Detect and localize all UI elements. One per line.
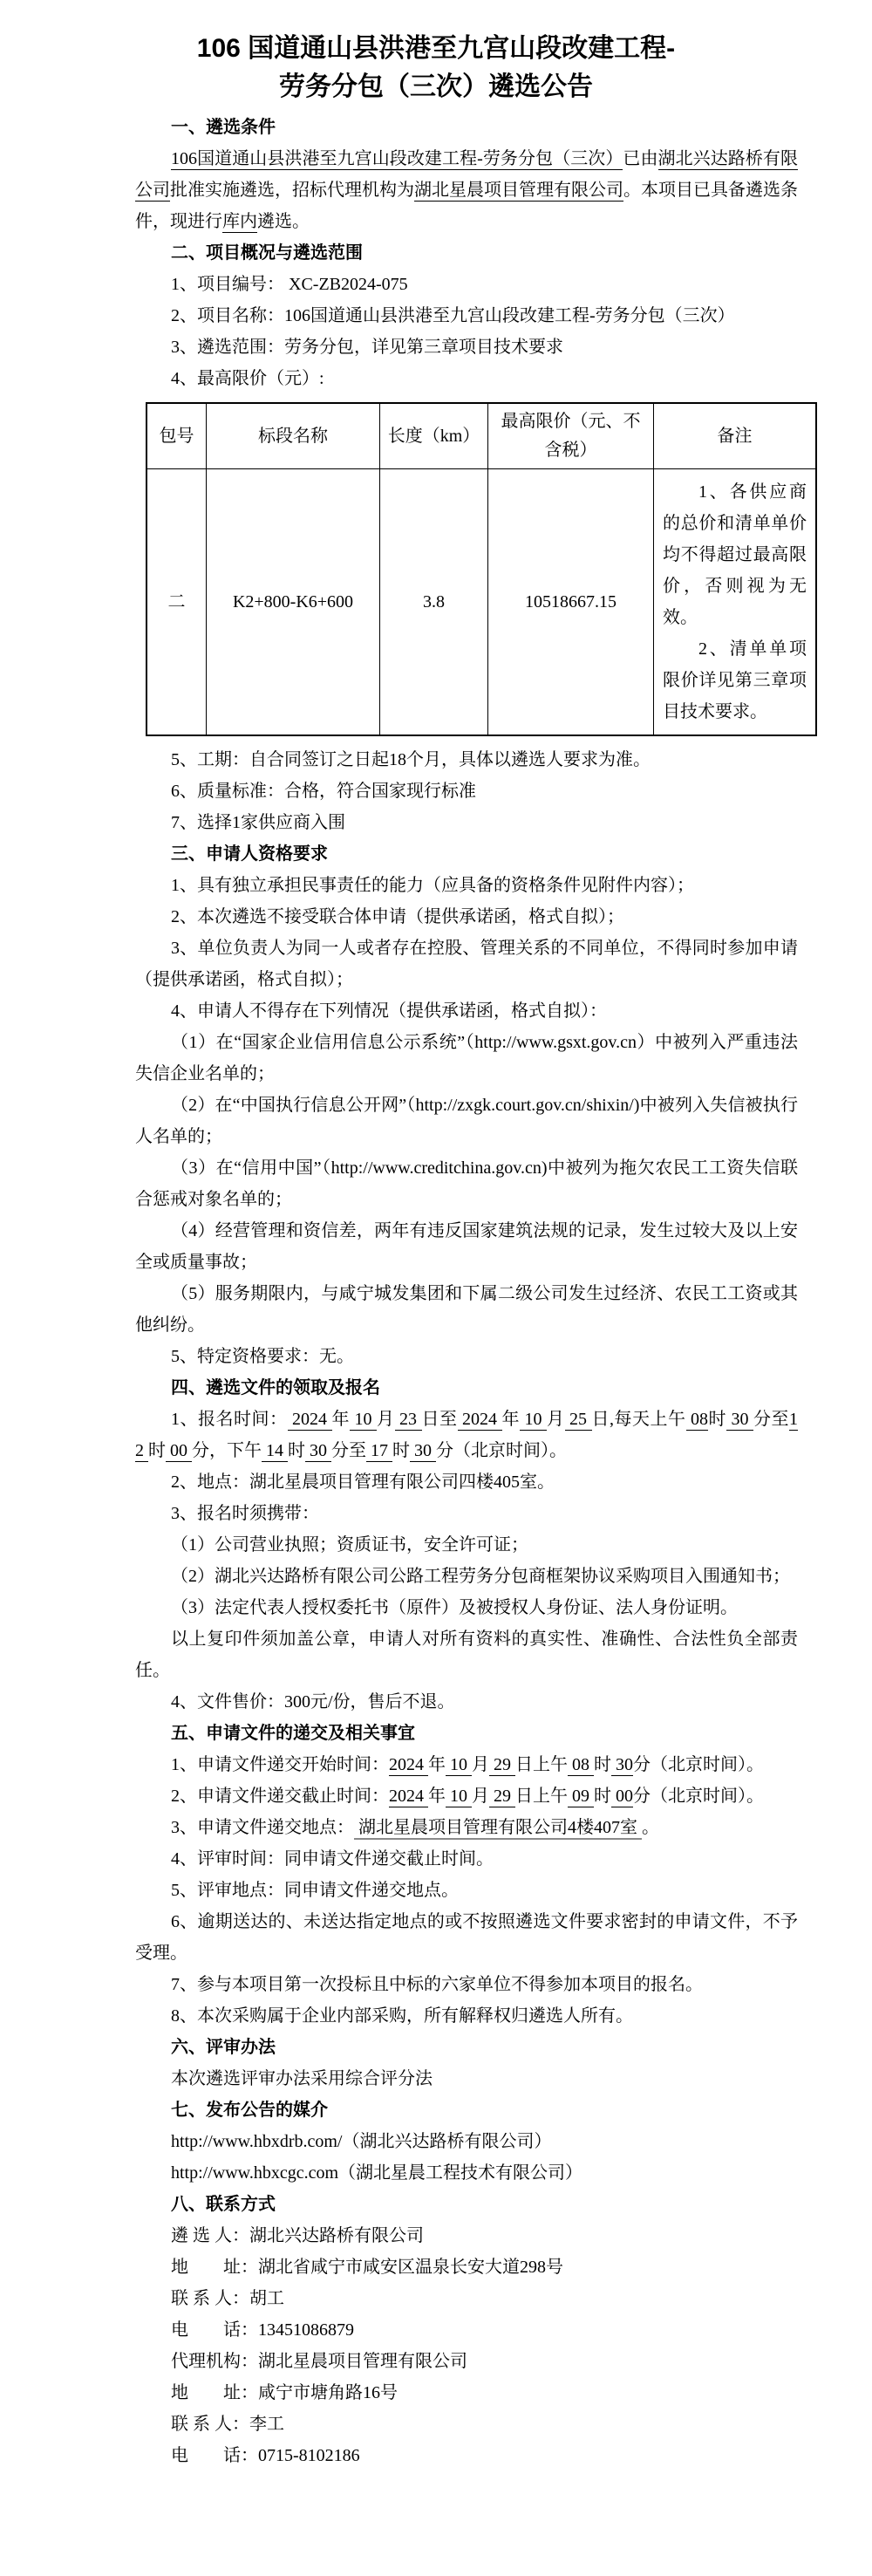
text-run: 3、遴选范围：劳务分包，详见第三章项目技术要求 xyxy=(171,338,563,357)
text-run: （3）法定代表人授权委托书（原件）及被授权人身份证、法人身份证明。 xyxy=(171,1598,738,1617)
text-run: 以上复印件须加盖公章，申请人对所有资料的真实性、准确性、合法性负全部责任。 xyxy=(135,1630,798,1680)
max-price-table: 包号标段名称长度（km）最高限价（元、不含税）备注二K2+800-K6+6003… xyxy=(146,402,817,736)
underlined-text: 30 xyxy=(305,1441,331,1462)
text-run: （4）经营管理和资信差，两年有违反国家建筑法规的记录，发生过较大及以上安全或质量… xyxy=(135,1221,798,1272)
text-run: 二、项目概况与遴选范围 xyxy=(171,243,363,263)
text-run: 分（北京时间）。 xyxy=(633,1755,764,1774)
text-run: 8、本次采购属于企业内部采购，所有解释权归遴选人所有。 xyxy=(171,2006,633,2026)
section-6-heading: 六、评审办法 xyxy=(135,2032,798,2063)
text-run: 联 系 人：李工 xyxy=(171,2415,284,2434)
text-run: 2、申请文件递交截止时间： xyxy=(171,1787,389,1806)
text-run: 时 xyxy=(392,1441,410,1460)
text-run: 6、质量标准：合格，符合国家现行标准 xyxy=(171,782,476,801)
text-run: 分，下午 xyxy=(192,1441,262,1460)
text-run: 1、报名时间： xyxy=(171,1410,288,1429)
text-run: http://www.hbxcgc.com（湖北星晨工程技术有限公司） xyxy=(171,2163,582,2183)
selection-scope: 3、遴选范围：劳务分包，详见第三章项目技术要求 xyxy=(135,331,798,363)
document-page: 106 国道通山县洪港至九宫山段改建工程-劳务分包（三次）遴选公告 一、遴选条件… xyxy=(0,30,872,2471)
bring-item-2: （2）湖北兴达路桥有限公司公路工程劳务分包商框架协议采购项目入围通知书； xyxy=(135,1561,798,1592)
text-run: 年 xyxy=(428,1755,446,1774)
text-run: （2）在“中国执行信息公开网”（http://zxgk.court.gov.cn… xyxy=(135,1096,798,1146)
contact-agency-phone: 电 话：0715-8102186 xyxy=(135,2440,798,2471)
text-run: （5）服务期限内，与咸宁城发集团和下属二级公司发生过经济、农民工工资或其他纠纷。 xyxy=(135,1284,798,1335)
table-header-cell: 长度（km） xyxy=(380,403,488,469)
text-run: 时 xyxy=(288,1441,305,1460)
text-run: 电 话：0715-8102186 xyxy=(171,2446,360,2465)
text-run: 1、申请文件递交开始时间： xyxy=(171,1755,389,1774)
table-cell-section-name: K2+800-K6+600 xyxy=(207,469,380,736)
underlined-text: 2024 xyxy=(389,1787,428,1807)
section-4-heading: 四、遴选文件的领取及报名 xyxy=(135,1372,798,1404)
table-header-cell: 包号 xyxy=(146,403,207,469)
text-run: 时 xyxy=(594,1787,611,1806)
text-run: 5、评审地点：同申请文件递交地点。 xyxy=(171,1881,459,1900)
text-run: 八、联系方式 xyxy=(171,2195,276,2214)
text-run: 日上午 xyxy=(515,1787,568,1806)
contact-agency-name: 代理机构：湖北星晨项目管理有限公司 xyxy=(135,2346,798,2377)
text-run: 五、申请文件的递交及相关事宜 xyxy=(171,1724,415,1743)
text-run: 3、单位负责人为同一人或者存在控股、管理关系的不同单位，不得同时参加申请（提供承… xyxy=(135,939,798,989)
project-number: 1、项目编号： XC-ZB2024-075 xyxy=(135,269,798,300)
text-run: 地 址：咸宁市塘角路16号 xyxy=(171,2383,398,2402)
text-run: 月 xyxy=(547,1410,565,1429)
text-run: 年 xyxy=(502,1410,521,1429)
text-run: 年 xyxy=(332,1410,351,1429)
text-run: 时 xyxy=(708,1410,726,1429)
underlined-text: 2024 xyxy=(288,1410,332,1431)
text-run: 3、申请文件递交地点： xyxy=(171,1818,354,1837)
registration-place: 2、地点：湖北星晨项目管理有限公司四楼405室。 xyxy=(135,1466,798,1498)
text-run: 四、遴选文件的领取及报名 xyxy=(171,1378,380,1397)
text-run: （2）湖北兴达路桥有限公司公路工程劳务分包商框架协议采购项目入围通知书； xyxy=(171,1567,790,1586)
underlined-text: 29 xyxy=(489,1755,515,1776)
underlined-text: 湖北星晨项目管理有限公司 xyxy=(414,181,623,202)
table-header-cell: 备注 xyxy=(654,403,817,469)
underlined-text: 09 xyxy=(568,1787,594,1807)
text-run: 三、申请人资格要求 xyxy=(171,844,328,864)
text-run: 2、本次遴选不接受联合体申请（提供承诺函，格式自拟）； xyxy=(171,907,624,926)
registration-time: 1、报名时间： 2024 年 10 月 23 日至 2024 年 10 月 25… xyxy=(135,1404,798,1466)
contact-agency-address: 地 址：咸宁市塘角路16号 xyxy=(135,2377,798,2409)
underlined-text: 08 xyxy=(686,1410,709,1431)
bring-item-1: （1）公司营业执照；资质证书，安全许可证； xyxy=(135,1529,798,1561)
text-run: http://www.hbxdrb.com/（湖北兴达路桥有限公司） xyxy=(171,2132,551,2151)
prohibited-case-2: （2）在“中国执行信息公开网”（http://zxgk.court.gov.cn… xyxy=(135,1090,798,1152)
underlined-text: 10 xyxy=(520,1410,547,1431)
section-2-heading: 二、项目概况与遴选范围 xyxy=(135,237,798,269)
underlined-text: 14 xyxy=(262,1441,288,1462)
text-run: 代理机构：湖北星晨项目管理有限公司 xyxy=(171,2352,467,2371)
underlined-text: 30 xyxy=(410,1441,436,1462)
text-run: 日,每天上午 xyxy=(592,1410,686,1429)
contact-selector-person: 联 系 人：胡工 xyxy=(135,2283,798,2314)
text-run: 分（北京时间）。 xyxy=(436,1441,567,1460)
text-run: 时 xyxy=(594,1755,611,1774)
underlined-text: 00 xyxy=(166,1441,192,1462)
underlined-text: 2024 xyxy=(389,1755,428,1776)
text-run: （1）公司营业执照；资质证书，安全许可证； xyxy=(171,1535,528,1554)
text-run: 4、评审时间：同申请文件递交截止时间。 xyxy=(171,1849,494,1869)
section-1-heading: 一、遴选条件 xyxy=(135,112,798,143)
review-place: 5、评审地点：同申请文件递交地点。 xyxy=(135,1875,798,1906)
prohibited-case-3: （3）在“信用中国”（http://www.creditchina.gov.cn… xyxy=(135,1152,798,1215)
text-run: 电 话：13451086879 xyxy=(171,2320,354,2340)
contact-selector-phone: 电 话：13451086879 xyxy=(135,2314,798,2346)
text-run: 日上午 xyxy=(515,1755,568,1774)
contact-selector-address: 地 址：湖北省咸宁市咸安区温泉长安大道298号 xyxy=(135,2251,798,2283)
qualification-item-2: 2、本次遴选不接受联合体申请（提供承诺函，格式自拟）； xyxy=(135,901,798,933)
section-3-heading: 三、申请人资格要求 xyxy=(135,838,798,870)
document-body: 一、遴选条件106国道通山县洪港至九宫山段改建工程-劳务分包（三次）已由湖北兴达… xyxy=(0,112,872,2471)
first-bid-winner-rule: 7、参与本项目第一次投标且中标的六家单位不得参加本项目的报名。 xyxy=(135,1969,798,2000)
text-run: 遴 选 人：湖北兴达路桥有限公司 xyxy=(171,2226,424,2245)
text-run: 分至 xyxy=(753,1410,789,1429)
text-run: 地 址：湖北省咸宁市咸安区温泉长安大道298号 xyxy=(171,2258,563,2277)
text-run: 分至 xyxy=(331,1441,366,1460)
underlined-text: 29 xyxy=(489,1787,515,1807)
text-run: 日至 xyxy=(422,1410,458,1429)
media-url-1: http://www.hbxdrb.com/（湖北兴达路桥有限公司） xyxy=(135,2126,798,2157)
text-run: 本次遴选评审办法采用综合评分法 xyxy=(171,2069,433,2088)
contact-selector-name: 遴 选 人：湖北兴达路桥有限公司 xyxy=(135,2220,798,2251)
underlined-text: 10 xyxy=(350,1410,377,1431)
quality-standard: 6、质量标准：合格，符合国家现行标准 xyxy=(135,776,798,807)
underlined-text: 106国道通山县洪港至九宫山段改建工程-劳务分包（三次） xyxy=(171,149,623,170)
qualification-item-3: 3、单位负责人为同一人或者存在控股、管理关系的不同单位，不得同时参加申请（提供承… xyxy=(135,933,798,995)
underlined-text: 08 xyxy=(568,1755,594,1776)
underlined-text: 湖北星晨项目管理有限公司4楼407室 xyxy=(354,1818,642,1840)
project-name: 2、项目名称：106国道通山县洪港至九宫山段改建工程-劳务分包（三次） xyxy=(135,300,798,331)
table-cell-max-price-excl-tax: 10518667.15 xyxy=(488,469,654,736)
selection-conditions-paragraph: 106国道通山县洪港至九宫山段改建工程-劳务分包（三次）已由湖北兴达路桥有限公司… xyxy=(135,143,798,237)
text-run: 2、项目名称：106国道通山县洪港至九宫山段改建工程-劳务分包（三次） xyxy=(171,306,735,325)
text-run: 6、逾期送达的、未送达指定地点的或不按照遴选文件要求密封的申请文件，不予受理。 xyxy=(135,1912,798,1963)
max-price-label: 4、最高限价（元）: xyxy=(135,363,798,394)
text-run: 已由 xyxy=(623,149,657,168)
underlined-text: 30 xyxy=(611,1755,633,1776)
text-run: （3）在“信用中国”（http://www.creditchina.gov.cn… xyxy=(135,1158,798,1209)
underlined-text: 2024 xyxy=(458,1410,502,1431)
underlined-text: 库内 xyxy=(222,212,257,233)
late-delivery-rule: 6、逾期送达的、未送达指定地点的或不按照遴选文件要求密封的申请文件，不予受理。 xyxy=(135,1906,798,1969)
document-price: 4、文件售价：300元/份，售后不退。 xyxy=(135,1686,798,1718)
qualification-item-1: 1、具有独立承担民事责任的能力（应具备的资格条件见附件内容）； xyxy=(135,870,798,901)
text-run: 月 xyxy=(472,1787,489,1806)
text-run: 联 系 人：胡工 xyxy=(171,2289,284,2308)
document-title: 106 国道通山县洪港至九宫山段改建工程-劳务分包（三次）遴选公告 xyxy=(0,30,872,106)
media-url-2: http://www.hbxcgc.com（湖北星晨工程技术有限公司） xyxy=(135,2157,798,2189)
text-run: 时 xyxy=(148,1441,166,1460)
text-run: 年 xyxy=(428,1787,446,1806)
text-run: 5、特定资格要求：无。 xyxy=(171,1347,354,1366)
table-cell-length-km: 3.8 xyxy=(380,469,488,736)
remark-line: 2、清单单项限价详见第三章项目技术要求。 xyxy=(663,633,807,728)
text-run: 5、工期：自合同签订之日起18个月，具体以遴选人要求为准。 xyxy=(171,750,651,769)
section-8-heading: 八、联系方式 xyxy=(135,2189,798,2220)
text-run: 六、评审办法 xyxy=(171,2038,276,2057)
bring-item-3: （3）法定代表人授权委托书（原件）及被授权人身份证、法人身份证明。 xyxy=(135,1592,798,1623)
underlined-text: 00 xyxy=(611,1787,633,1807)
text-run: 4、文件售价：300元/份，售后不退。 xyxy=(171,1692,455,1712)
document-title-line-1: 106 国道通山县洪港至九宫山段改建工程- xyxy=(197,34,675,63)
prohibited-case-4: （4）经营管理和资信差，两年有违反国家建筑法规的记录，发生过较大及以上安全或质量… xyxy=(135,1215,798,1278)
underlined-text: 30 xyxy=(726,1410,753,1431)
submission-start-time: 1、申请文件递交开始时间：2024 年 10 月 29 日上午 08 时 30分… xyxy=(135,1749,798,1780)
document-title-line-2: 劳务分包（三次）遴选公告 xyxy=(279,72,593,101)
underlined-text: 23 xyxy=(395,1410,422,1431)
contact-agency-person: 联 系 人：李工 xyxy=(135,2409,798,2440)
underlined-text: 10 xyxy=(446,1755,472,1776)
table-row: 二K2+800-K6+6003.810518667.151、各供应商的总价和清单… xyxy=(146,469,816,736)
specific-qualification: 5、特定资格要求：无。 xyxy=(135,1341,798,1372)
underlined-text: 10 xyxy=(446,1787,472,1807)
text-run: 七、发布公告的媒介 xyxy=(171,2101,328,2120)
remark-line: 1、各供应商的总价和清单单价均不得超过最高限价，否则视为无效。 xyxy=(663,476,807,633)
submission-place: 3、申请文件递交地点： 湖北星晨项目管理有限公司4楼407室 。 xyxy=(135,1812,798,1843)
text-run: 月 xyxy=(472,1755,489,1774)
text-run: 7、参与本项目第一次投标且中标的六家单位不得参加本项目的报名。 xyxy=(171,1975,703,1994)
text-run: （1）在“国家企业信用信息公示系统”（http://www.gsxt.gov.c… xyxy=(135,1033,798,1083)
text-run: 批准实施遴选，招标代理机构为 xyxy=(170,181,414,200)
section-5-heading: 五、申请文件的递交及相关事宜 xyxy=(135,1718,798,1749)
underlined-text: 17 xyxy=(366,1441,392,1462)
table-header-row: 包号标段名称长度（km）最高限价（元、不含税）备注 xyxy=(146,403,816,469)
table-cell-package-no: 二 xyxy=(146,469,207,736)
registration-bring-label: 3、报名时须携带： xyxy=(135,1498,798,1529)
copies-statement: 以上复印件须加盖公章，申请人对所有资料的真实性、准确性、合法性负全部责任。 xyxy=(135,1623,798,1686)
construction-period: 5、工期：自合同签订之日起18个月，具体以遴选人要求为准。 xyxy=(135,744,798,776)
internal-procurement-rule: 8、本次采购属于企业内部采购，所有解释权归遴选人所有。 xyxy=(135,2000,798,2032)
review-method: 本次遴选评审办法采用综合评分法 xyxy=(135,2063,798,2094)
text-run: 分（北京时间）。 xyxy=(633,1787,764,1806)
shortlist-count: 7、选择1家供应商入围 xyxy=(135,807,798,838)
table-cell-remarks: 1、各供应商的总价和清单单价均不得超过最高限价，否则视为无效。2、清单单项限价详… xyxy=(654,469,817,736)
text-run: 3、报名时须携带： xyxy=(171,1504,319,1523)
text-run: 4、最高限价（元）: xyxy=(171,369,324,388)
text-run: 遴选。 xyxy=(257,212,310,231)
text-run: 2、地点：湖北星晨项目管理有限公司四楼405室。 xyxy=(171,1472,555,1492)
submission-deadline: 2、申请文件递交截止时间：2024 年 10 月 29 日上午 09 时 00分… xyxy=(135,1780,798,1812)
table-header-cell: 最高限价（元、不含税） xyxy=(488,403,654,469)
underlined-text: 25 xyxy=(565,1410,592,1431)
prohibited-case-5: （5）服务期限内，与咸宁城发集团和下属二级公司发生过经济、农民工工资或其他纠纷。 xyxy=(135,1278,798,1341)
text-run: 4、申请人不得存在下列情况（提供承诺函，格式自拟）： xyxy=(171,1001,607,1021)
text-run: 7、选择1家供应商入围 xyxy=(171,813,345,832)
prohibited-case-1: （1）在“国家企业信用信息公示系统”（http://www.gsxt.gov.c… xyxy=(135,1027,798,1090)
text-run: 月 xyxy=(377,1410,395,1429)
section-7-heading: 七、发布公告的媒介 xyxy=(135,2094,798,2126)
text-run: 。 xyxy=(642,1818,659,1837)
text-run: 1、项目编号： XC-ZB2024-075 xyxy=(171,275,408,294)
table-header-cell: 标段名称 xyxy=(207,403,380,469)
review-time: 4、评审时间：同申请文件递交截止时间。 xyxy=(135,1843,798,1875)
qualification-item-4: 4、申请人不得存在下列情况（提供承诺函，格式自拟）： xyxy=(135,995,798,1027)
text-run: 一、遴选条件 xyxy=(171,118,276,137)
text-run: 1、具有独立承担民事责任的能力（应具备的资格条件见附件内容）； xyxy=(171,876,694,895)
